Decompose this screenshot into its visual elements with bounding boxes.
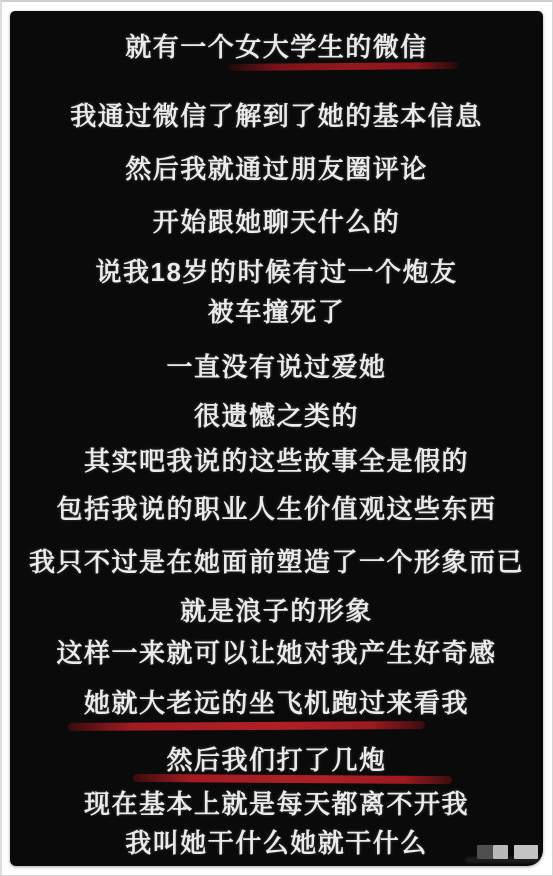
watermark-mosaic-block (493, 845, 508, 859)
red-underline (68, 721, 425, 731)
subtitle-line: 一直没有说过爱她 (10, 352, 543, 382)
subtitle-line: 这样一来就可以让她对我产生好奇感 (10, 638, 543, 668)
watermark-mosaic-block (514, 845, 538, 859)
subtitle-line: 就是浪子的形象 (10, 596, 543, 626)
subtitle-line: 然后我就通过朋友圈评论 (10, 154, 543, 184)
subtitle-line: 我只不过是在她面前塑造了一个形象而已 (10, 547, 543, 577)
subtitle-line: 说我18岁的时候有过一个炮友 (10, 257, 543, 287)
watermark-mosaic-block (477, 845, 493, 859)
subtitle-line: 被车撞死了 (10, 297, 543, 327)
subtitle-line: 我通过微信了解到了她的基本信息 (10, 101, 543, 131)
subtitle-line: 很遗憾之类的 (10, 401, 543, 431)
subtitle-line: 就有一个女大学生的微信 (10, 32, 543, 62)
screenshot-page: { "page": { "background": "#ffffff", "fr… (0, 0, 553, 876)
subtitle-line: 现在基本上就是每天都离不开我 (10, 789, 543, 819)
subtitle-line: 她就大老远的坐飞机跑过来看我 (10, 688, 543, 718)
red-underline (228, 62, 459, 71)
red-underline (133, 774, 452, 784)
subtitle-line: 我叫她干什么她就干什么 (10, 828, 543, 858)
subtitle-line: 包括我说的职业人生价值观这些东西 (10, 494, 543, 524)
subtitle-panel: 就有一个女大学生的微信我通过微信了解到了她的基本信息然后我就通过朋友圈评论开始跟… (10, 11, 543, 866)
subtitle-line: 然后我们打了几炮 (10, 745, 543, 775)
subtitle-line: 其实吧我说的这些故事全是假的 (10, 446, 543, 476)
subtitle-line: 开始跟她聊天什么的 (10, 207, 543, 237)
